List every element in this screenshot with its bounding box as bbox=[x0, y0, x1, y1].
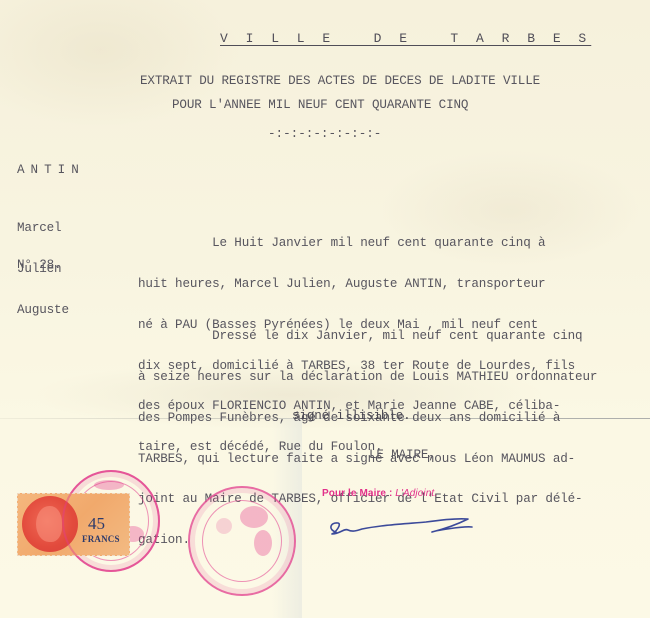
text-line: Dressé le dix Janvier, mil neuf cent qua… bbox=[138, 330, 597, 344]
signature-icon bbox=[322, 510, 477, 544]
document-subtitle: EXTRAIT DU REGISTRE DES ACTES DE DECES D… bbox=[140, 75, 540, 89]
text-line: à seize heures sur la déclaration de Lou… bbox=[138, 371, 597, 385]
municipal-seal-left-overlay bbox=[62, 470, 160, 572]
act-number: N° 28. bbox=[17, 259, 61, 273]
seal-ink-blot bbox=[216, 518, 232, 534]
margin-surname: ANTIN bbox=[17, 164, 85, 178]
document-year-line: POUR L'ANNEE MIL NEUF CENT QUARANTE CINQ bbox=[172, 99, 468, 113]
death-certificate-extract: V I L L E D E T A R B E S EXTRAIT DU REG… bbox=[0, 0, 650, 618]
text-line: Le Huit Janvier mil neuf cent quarante c… bbox=[138, 237, 575, 251]
seal-ink-blot bbox=[254, 530, 272, 556]
deputy-mayor-stamp: Pour le Maire : L'Adjoint. bbox=[322, 488, 437, 499]
document-title: V I L L E D E T A R B E S bbox=[220, 32, 591, 46]
municipal-seal-center: VILLE DE TARBES HAUTES-PYRÉNÉES bbox=[188, 486, 296, 596]
marianne-profile-icon bbox=[36, 506, 62, 542]
deputy-stamp-title: L'Adjoint. bbox=[392, 488, 437, 499]
text-line: huit heures, Marcel Julien, Auguste ANTI… bbox=[138, 278, 575, 292]
text-line: TARBES, qui lecture faite a signé avec n… bbox=[138, 453, 597, 467]
given-name: Auguste bbox=[17, 304, 69, 318]
deputy-stamp-bold: Pour le Maire : bbox=[322, 488, 392, 499]
header-separator: -:-:-:-:-:-:-:- bbox=[268, 128, 381, 142]
signed-illegible-note: signé illisible. bbox=[292, 410, 411, 424]
mayor-label: LE MAIRE, bbox=[369, 449, 436, 463]
seal-ink-blot bbox=[240, 506, 268, 528]
given-name: Marcel bbox=[17, 222, 69, 236]
